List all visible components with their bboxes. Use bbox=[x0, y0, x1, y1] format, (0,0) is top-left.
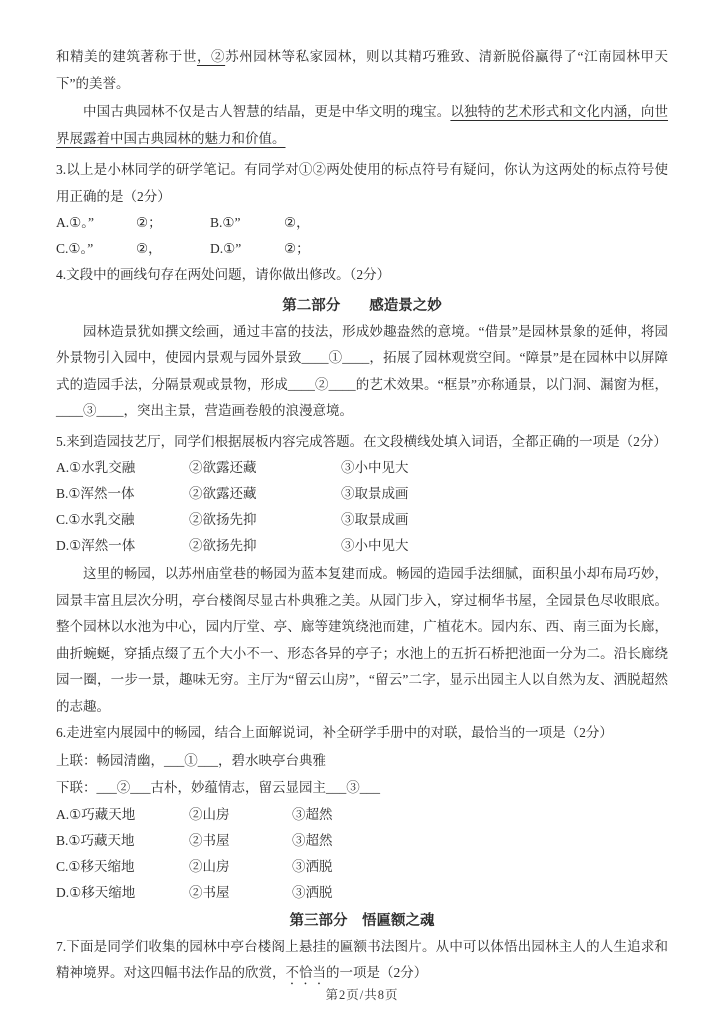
q6-option-d-2: ②书屋 bbox=[189, 880, 292, 906]
page-number-footer: 第2页/共8页 bbox=[0, 982, 724, 1009]
q6-option-a-1: A.①巧藏天地 bbox=[56, 802, 189, 828]
q3-option-d: D.①” bbox=[210, 236, 284, 262]
question-3-stem: 3.以上是小林同学的研学笔记。有同学对①②两处使用的标点符号有疑问，你认为这两处… bbox=[56, 157, 668, 210]
q5-option-d-1: D.①浑然一体 bbox=[56, 533, 189, 559]
q3-option-d-part2: ②； bbox=[284, 236, 668, 262]
intro-p1-text: 和精美的建筑著称于世 bbox=[56, 49, 197, 64]
question-6-options: A.①巧藏天地 ②山房 ③超然 B.①巧藏天地 ②书屋 ③超然 C.①移天缩地 … bbox=[56, 802, 668, 906]
part-2-heading: 第二部分 感造景之妙 bbox=[56, 293, 668, 319]
q6-option-c-2: ②山房 bbox=[189, 854, 292, 880]
question-3-options: A.①。” ②； B.①” ②， C.①。” ②， D.①” ②； bbox=[56, 210, 668, 262]
q3-option-b: B.①” bbox=[210, 210, 284, 236]
q5-option-d: D.①浑然一体 ②欲扬先抑 ③小中见大 bbox=[56, 533, 668, 559]
q5-option-a: A.①水乳交融 ②欲露还藏 ③小中见大 bbox=[56, 455, 668, 481]
intro-p2-text: 中国古典园林不仅是古人智慧的结晶，更是中华文明的瑰宝。 bbox=[83, 104, 450, 119]
q3-option-c: C.①。” bbox=[56, 236, 136, 262]
q5-option-c-3: ③取景成画 bbox=[341, 507, 668, 533]
q5-option-b-2: ②欲露还藏 bbox=[189, 481, 341, 507]
passage-garden-techniques: 园林造景犹如撰文绘画，通过丰富的技法，形成妙趣盎然的意境。“借景”是园林景象的延… bbox=[56, 319, 668, 425]
passage-changyuan-garden: 这里的畅园，以苏州庙堂巷的畅园为蓝本复建而成。畅园的造园手法细腻，面积虽小却布局… bbox=[56, 561, 668, 720]
q6-option-a: A.①巧藏天地 ②山房 ③超然 bbox=[56, 802, 668, 828]
q6-option-b-2: ②书屋 bbox=[189, 828, 292, 854]
q5-option-c: C.①水乳交融 ②欲扬先抑 ③取景成画 bbox=[56, 507, 668, 533]
question-7-stem: 7.下面是同学们收集的园林中亭台楼阁上悬挂的匾额书法图片。从中可以体悟出园林主人… bbox=[56, 934, 668, 989]
intro-p1-underlined-mark: ，② bbox=[197, 49, 225, 64]
q6-couplet-upper-line: 上联：畅园清幽，___①___，碧水映亭台典雅 bbox=[56, 747, 668, 775]
exam-page: 和精美的建筑著称于世，②苏州园林等私家园林，则以其精巧雅致、清新脱俗赢得了“江南… bbox=[0, 0, 724, 1024]
q5-option-d-3: ③小中见大 bbox=[341, 533, 668, 559]
q6-option-b: B.①巧藏天地 ②书屋 ③超然 bbox=[56, 828, 668, 854]
q3-option-c-part2: ②， bbox=[136, 236, 210, 262]
q5-option-c-1: C.①水乳交融 bbox=[56, 507, 189, 533]
question-5-options: A.①水乳交融 ②欲露还藏 ③小中见大 B.①浑然一体 ②欲露还藏 ③取景成画 … bbox=[56, 455, 668, 559]
q3-option-row-2: C.①。” ②， D.①” ②； bbox=[56, 236, 668, 262]
q5-option-b: B.①浑然一体 ②欲露还藏 ③取景成画 bbox=[56, 481, 668, 507]
q5-option-a-1: A.①水乳交融 bbox=[56, 455, 189, 481]
q6-option-d-1: D.①移天缩地 bbox=[56, 880, 189, 906]
q6-option-c-3: ③洒脱 bbox=[292, 854, 668, 880]
q6-option-d-3: ③洒脱 bbox=[292, 880, 668, 906]
q6-option-c-1: C.①移天缩地 bbox=[56, 854, 189, 880]
q3-option-a: A.①。” bbox=[56, 210, 136, 236]
q6-couplet-lower-line: 下联：___②___古朴，妙蕴情志，留云显园主___③___ bbox=[56, 774, 668, 802]
q3-option-row-1: A.①。” ②； B.①” ②， bbox=[56, 210, 668, 236]
q6-option-a-3: ③超然 bbox=[292, 802, 668, 828]
part-3-heading: 第三部分 悟匾额之魂 bbox=[56, 908, 668, 934]
q5-option-b-3: ③取景成画 bbox=[341, 481, 668, 507]
intro-paragraph-2: 中国古典园林不仅是古人智慧的结晶，更是中华文明的瑰宝。以独特的艺术形式和文化内涵… bbox=[56, 99, 668, 152]
q5-option-a-2: ②欲露还藏 bbox=[189, 455, 341, 481]
q7-stem-text-cont: 的一项是（2分） bbox=[326, 965, 427, 980]
question-4-stem: 4.文段中的画线句存在两处问题，请你做出修改。（2分） bbox=[56, 262, 668, 289]
q7-emphasized-word: 不恰当 bbox=[286, 965, 327, 980]
q6-option-b-1: B.①巧藏天地 bbox=[56, 828, 189, 854]
q5-option-c-2: ②欲扬先抑 bbox=[189, 507, 341, 533]
q3-option-b-part2: ②， bbox=[284, 210, 668, 236]
question-5-stem: 5.来到造园技艺厅，同学们根据展板内容完成答题。在文段横线处填入词语，全都正确的… bbox=[56, 429, 668, 456]
q5-option-a-3: ③小中见大 bbox=[341, 455, 668, 481]
q6-option-b-3: ③超然 bbox=[292, 828, 668, 854]
question-6-stem: 6.走进室内展园中的畅园，结合上面解说词，补全研学手册中的对联，最恰当的一项是（… bbox=[56, 720, 668, 747]
q6-option-d: D.①移天缩地 ②书屋 ③洒脱 bbox=[56, 880, 668, 906]
q5-option-d-2: ②欲扬先抑 bbox=[189, 533, 341, 559]
q5-option-b-1: B.①浑然一体 bbox=[56, 481, 189, 507]
q3-option-a-part2: ②； bbox=[136, 210, 210, 236]
q6-option-c: C.①移天缩地 ②山房 ③洒脱 bbox=[56, 854, 668, 880]
intro-paragraph-1: 和精美的建筑著称于世，②苏州园林等私家园林，则以其精巧雅致、清新脱俗赢得了“江南… bbox=[56, 44, 668, 97]
q6-option-a-2: ②山房 bbox=[189, 802, 292, 828]
